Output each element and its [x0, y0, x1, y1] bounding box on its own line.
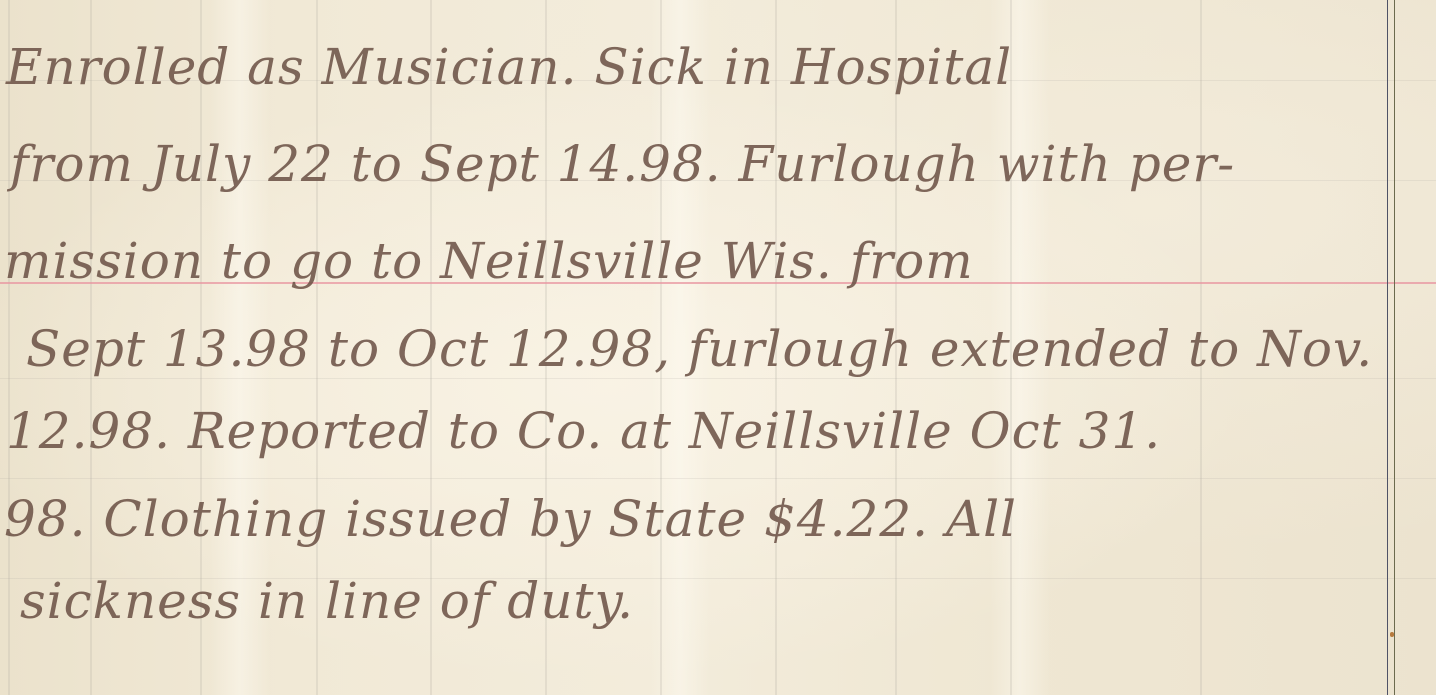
handwritten-line: from July 22 to Sept 14.98. Furlough wit…	[10, 135, 1235, 193]
handwritten-line: 12.98. Reported to Co. at Neillsville Oc…	[6, 402, 1161, 460]
ink-spot	[1390, 632, 1394, 637]
handwritten-line: 98. Clothing issued by State $4.22. All	[4, 490, 1017, 548]
handwritten-line: mission to go to Neillsville Wis. from	[4, 232, 974, 290]
handwritten-line: sickness in line of duty.	[20, 572, 634, 630]
margin-rule-line	[1394, 0, 1395, 695]
handwritten-line: Enrolled as Musician. Sick in Hospital	[6, 38, 1012, 96]
ledger-page: Enrolled as Musician. Sick in Hospital f…	[0, 0, 1436, 695]
margin-rule-line	[1387, 0, 1388, 695]
handwritten-entry: Enrolled as Musician. Sick in Hospital f…	[0, 0, 1380, 695]
handwritten-line: Sept 13.98 to Oct 12.98, furlough extend…	[26, 320, 1373, 378]
